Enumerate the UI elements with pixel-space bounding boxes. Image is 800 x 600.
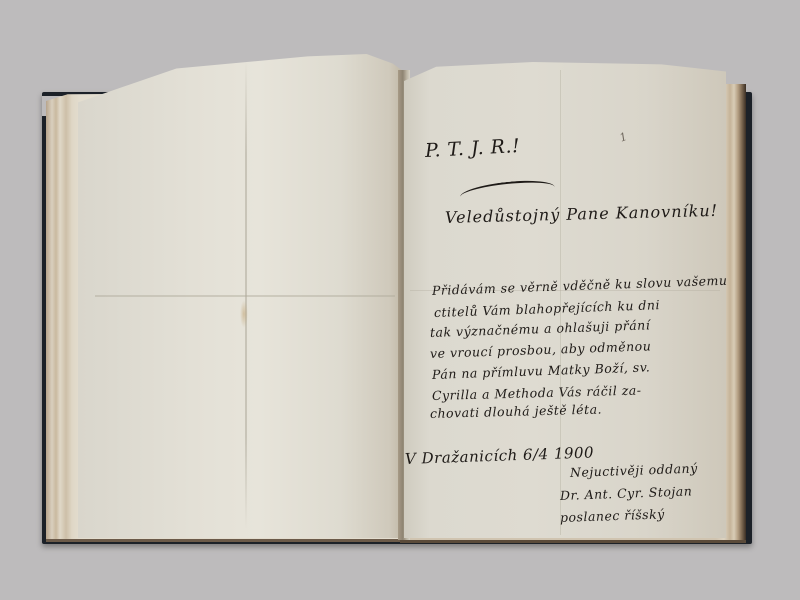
page-stain xyxy=(240,300,248,328)
photo-scene: 1 P. T. J. R.! Veledůstojný Pane Kanovní… xyxy=(0,0,800,600)
left-page-fold-horizontal xyxy=(95,295,395,297)
